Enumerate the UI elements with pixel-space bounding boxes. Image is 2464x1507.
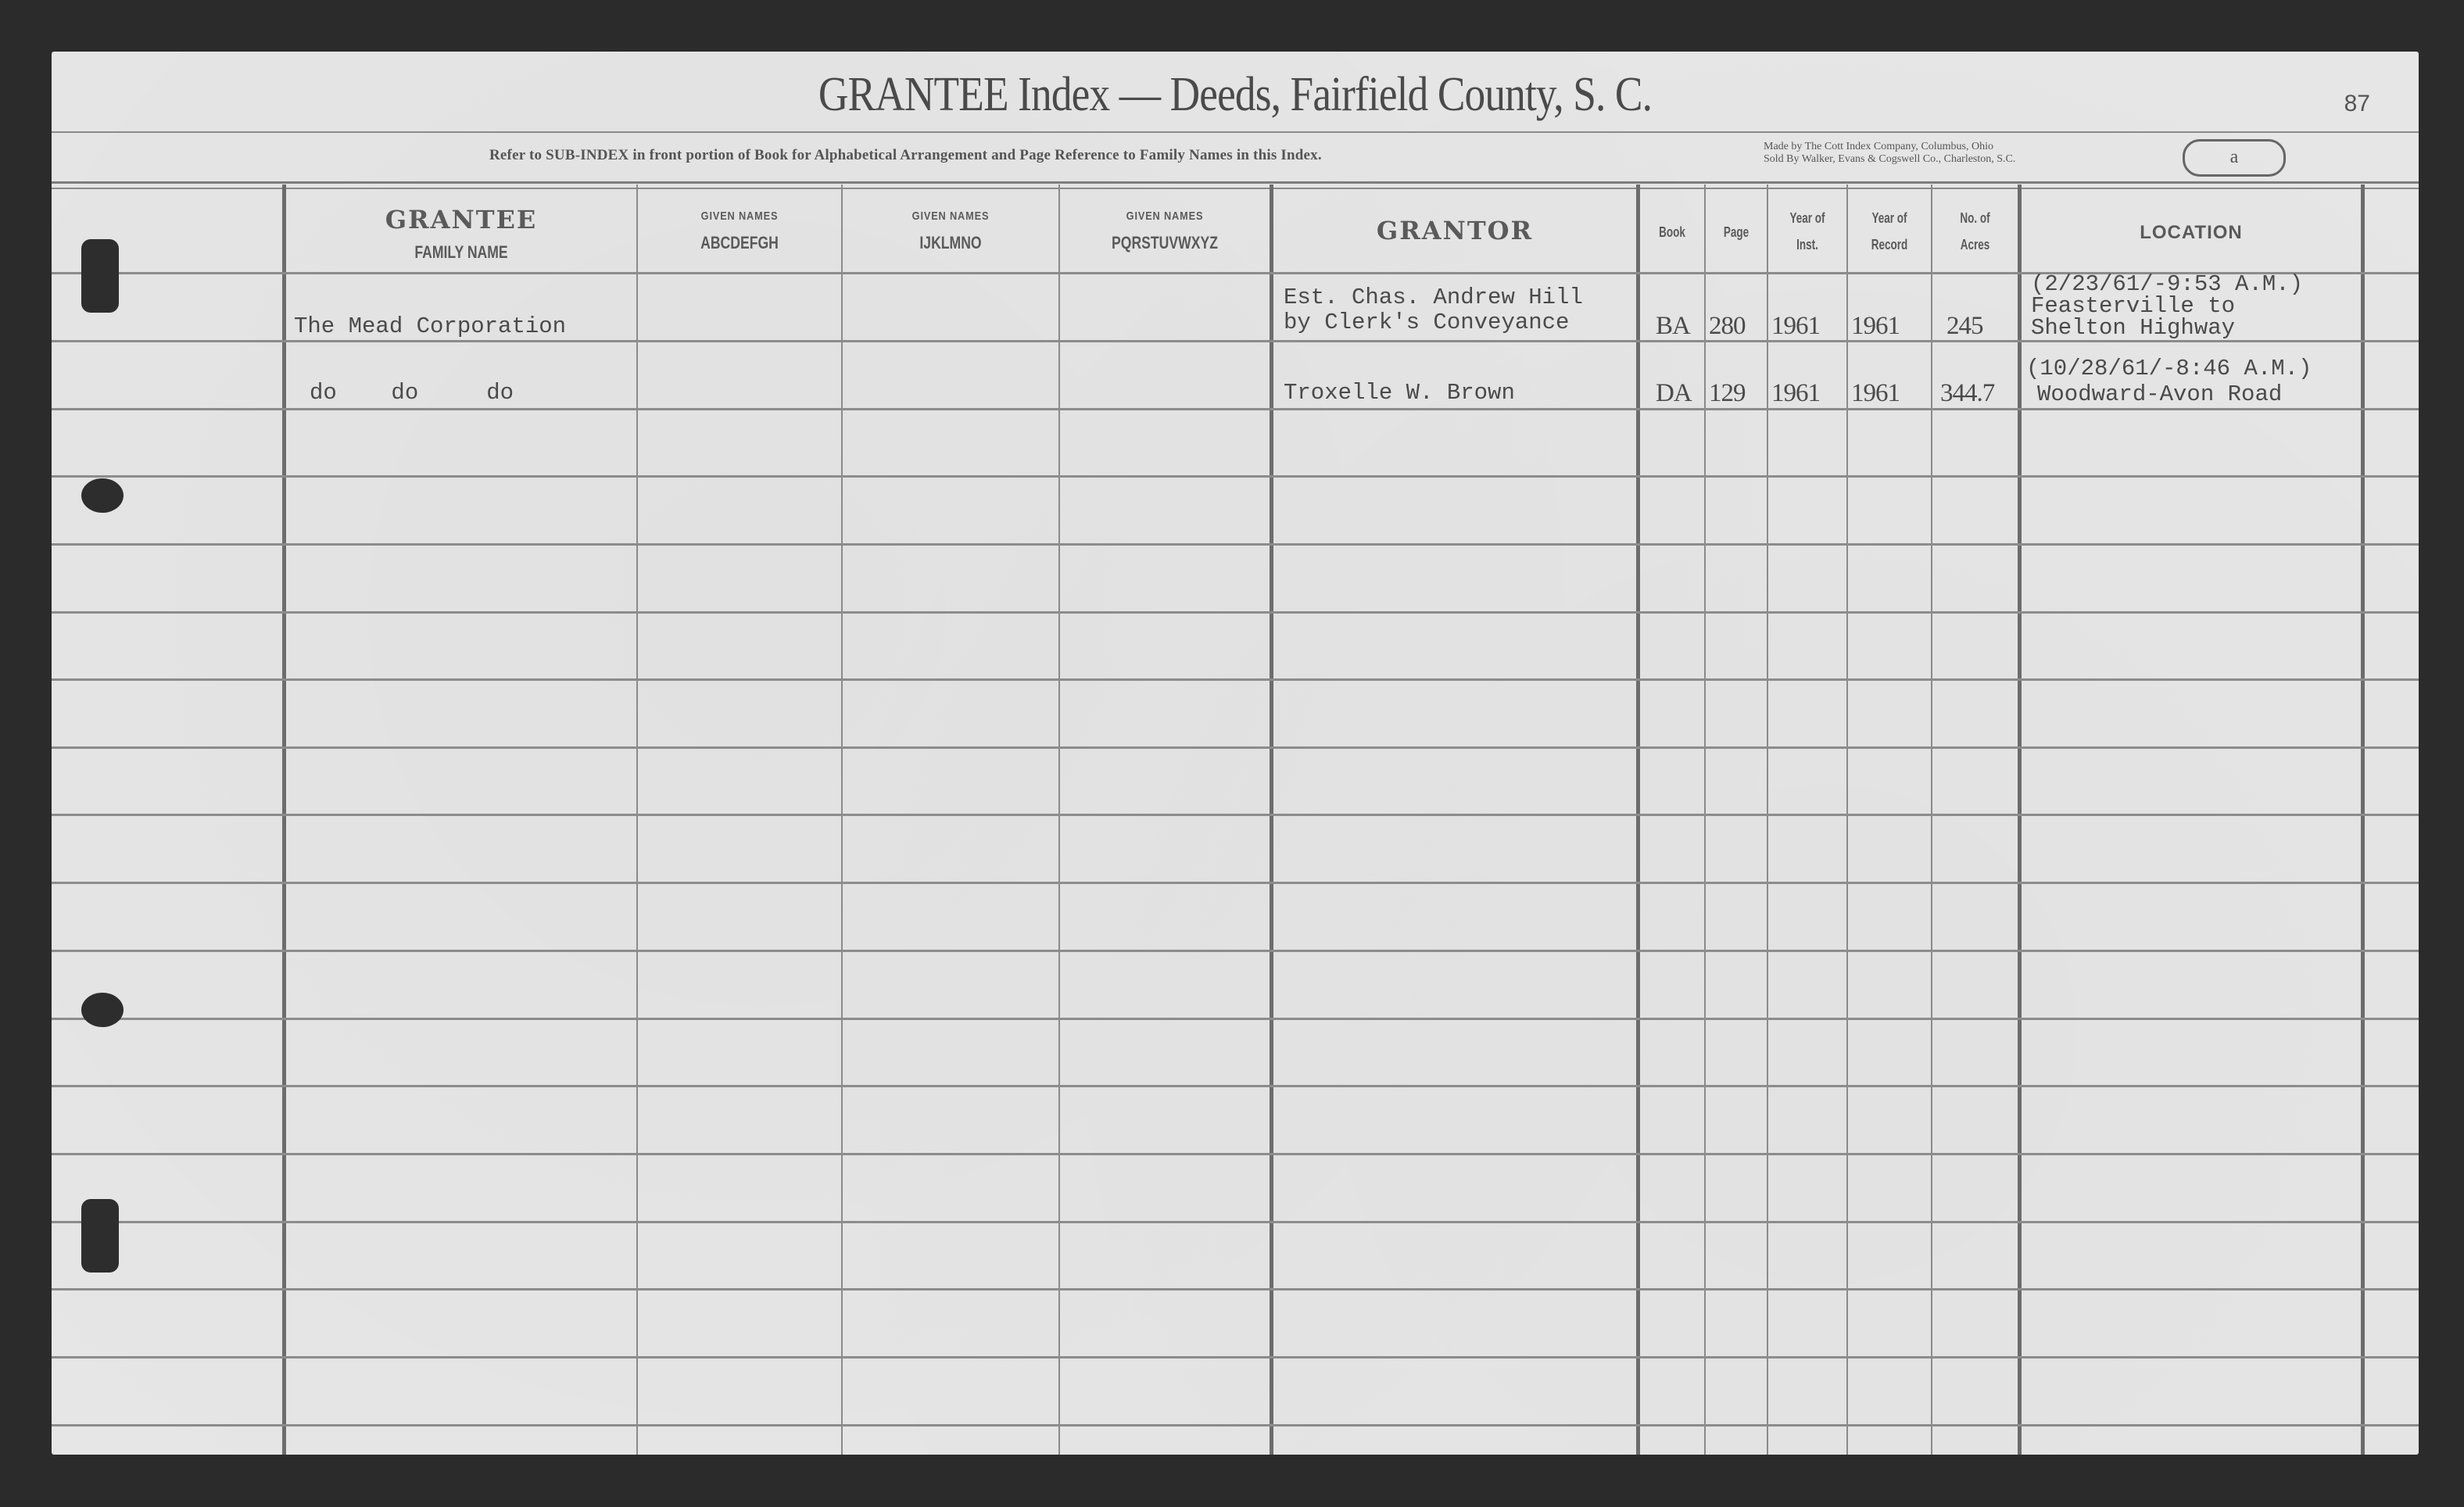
title-rule: [52, 131, 2419, 133]
year-of-record: 1961: [1851, 314, 1900, 338]
col-divider-year-inst: [1767, 184, 1768, 1455]
header-no-of-acres: No. of Acres: [1943, 205, 2007, 258]
no-of-acres: 344.7: [1940, 381, 1994, 405]
row-rule: [52, 814, 2419, 816]
header-grantor: GRANTOR: [1273, 216, 1636, 245]
row-rule: [52, 1085, 2419, 1087]
col-divider-acres: [1931, 184, 1932, 1455]
page: 129: [1709, 381, 1746, 405]
header-book: Book: [1648, 219, 1696, 245]
row-rule: [52, 1221, 2419, 1223]
book: BA: [1656, 314, 1690, 338]
grantor-line-1: Troxelle W. Brown: [1284, 381, 1515, 405]
row-rule: [52, 1153, 2419, 1155]
col-divider-given-1: [636, 184, 638, 1455]
grantee-family-name: do do do: [310, 381, 514, 405]
grantor-line-1: Est. Chas. Andrew Hill: [1284, 286, 1583, 310]
binder-hole-lower: [81, 993, 124, 1027]
no-of-acres: 245: [1946, 314, 1983, 338]
row-rule: [52, 1424, 2419, 1426]
page-number: 87: [2344, 91, 2370, 117]
col-divider-given-3: [1058, 184, 1060, 1455]
year-of-record: 1961: [1851, 381, 1900, 405]
maker-line-1: Made by The Cott Index Company, Columbus…: [1764, 141, 2015, 153]
header-family-name: FAMILY NAME: [321, 242, 601, 263]
maker-credit: Made by The Cott Index Company, Columbus…: [1764, 141, 2015, 166]
col-divider-location: [2018, 184, 2022, 1455]
page: 280: [1709, 314, 1746, 338]
location-line-2: Woodward-Avon Road: [2037, 383, 2282, 406]
binder-slot-bottom: [81, 1199, 119, 1273]
row-rule: [52, 882, 2419, 884]
year-of-inst: 1961: [1771, 314, 1820, 338]
row-rule: [52, 950, 2419, 952]
header-location: LOCATION: [2022, 222, 2361, 244]
refer-note: Refer to SUB-INDEX in front portion of B…: [489, 147, 1322, 164]
maker-line-2: Sold By Walker, Evans & Cogswell Co., Ch…: [1764, 153, 2015, 166]
col-divider-given-2: [841, 184, 843, 1455]
row-rule: [52, 1356, 2419, 1358]
header-given-pqrstuvwxyz: PQRSTUVWXYZ: [1081, 233, 1248, 253]
row-rule: [52, 678, 2419, 681]
col-divider-book: [1636, 184, 1640, 1455]
letter-tab[interactable]: a: [2183, 139, 2286, 177]
row-rule: [52, 475, 2419, 478]
index-page: GRANTEE Index — Deeds, Fairfield County,…: [52, 52, 2419, 1455]
binder-slot-top: [81, 239, 119, 313]
col-divider-grantor: [1270, 184, 1273, 1455]
row-rule: [52, 1018, 2419, 1020]
year-of-inst: 1961: [1771, 381, 1820, 405]
col-divider-grantee: [282, 184, 286, 1455]
header-page: Page: [1714, 219, 1760, 245]
binder-hole-upper: [81, 478, 124, 513]
grantor-line-2: by Clerk's Conveyance: [1284, 311, 1569, 335]
col-divider-right-margin: [2361, 184, 2365, 1455]
header-grantee: GRANTEE: [286, 205, 636, 234]
row-rule: [52, 611, 2419, 614]
page-title: GRANTEE Index — Deeds, Fairfield County,…: [217, 67, 2253, 123]
grantee-family-name: The Mead Corporation: [294, 315, 566, 338]
row-rule: [52, 1288, 2419, 1290]
header-given-names-2: GIVEN NAMES: [859, 209, 1043, 223]
row-rule: [52, 408, 2419, 410]
header-double-rule-top: [52, 181, 2419, 184]
location-line-3: Shelton Highway: [2031, 317, 2235, 340]
book: DA: [1656, 381, 1692, 405]
location-line-1: (10/28/61/-8:46 A.M.): [2026, 357, 2312, 381]
header-given-names-1: GIVEN NAMES: [654, 209, 826, 223]
header-double-rule-bottom: [52, 188, 2419, 189]
header-given-abcdefgh: ABCDEFGH: [658, 233, 821, 253]
row-rule: [52, 543, 2419, 546]
header-given-ijklmno: IJKLMNO: [865, 233, 1037, 253]
header-year-record: Year of Record: [1858, 205, 1921, 258]
header-given-names-3: GIVEN NAMES: [1076, 209, 1254, 223]
header-year-inst: Year of Inst.: [1778, 205, 1837, 258]
row-rule: [52, 746, 2419, 749]
col-divider-year-record: [1846, 184, 1848, 1455]
col-divider-page: [1704, 184, 1706, 1455]
